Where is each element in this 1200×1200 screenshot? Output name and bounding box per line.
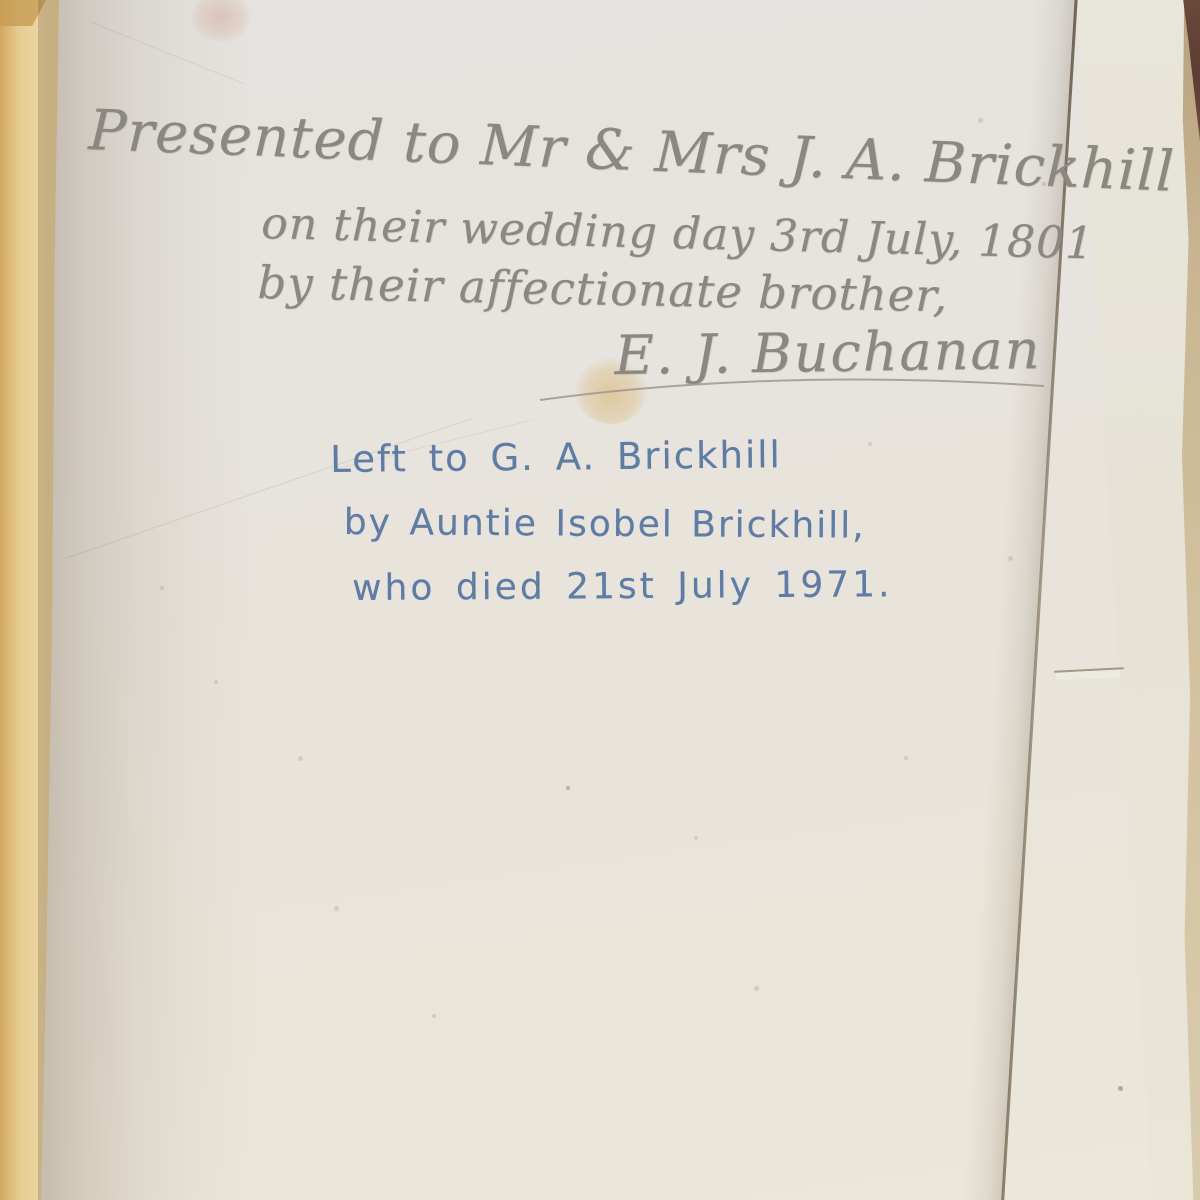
foxing-speck [214, 680, 218, 684]
foxing-speck [566, 786, 570, 790]
foxing-speck [160, 586, 164, 590]
foxing-speck [334, 906, 339, 911]
signature-underline-flourish [536, 366, 1052, 410]
blue-ink-inscription-line2: by Auntie Isobel Brickhill, [344, 502, 866, 547]
blue-ink-inscription-line1: Left to G. A. Brickhill [330, 433, 782, 481]
foxing-speck [1118, 1086, 1123, 1091]
foxing-speck [868, 442, 872, 446]
gutter-shadow [38, 0, 258, 1200]
foxing-speck [978, 118, 983, 123]
foxing-speck [298, 756, 303, 761]
blue-ink-inscription-line3: who died 21st July 1971. [352, 564, 893, 609]
foxing-speck [754, 986, 759, 991]
foxing-speck [432, 1014, 436, 1018]
book-flyleaf-photo: Presented to Mr & Mrs J. A. Brickhill on… [0, 0, 1200, 1200]
foxing-speck [904, 756, 908, 760]
foxing-speck [1008, 556, 1013, 561]
foxing-speck [694, 836, 698, 840]
